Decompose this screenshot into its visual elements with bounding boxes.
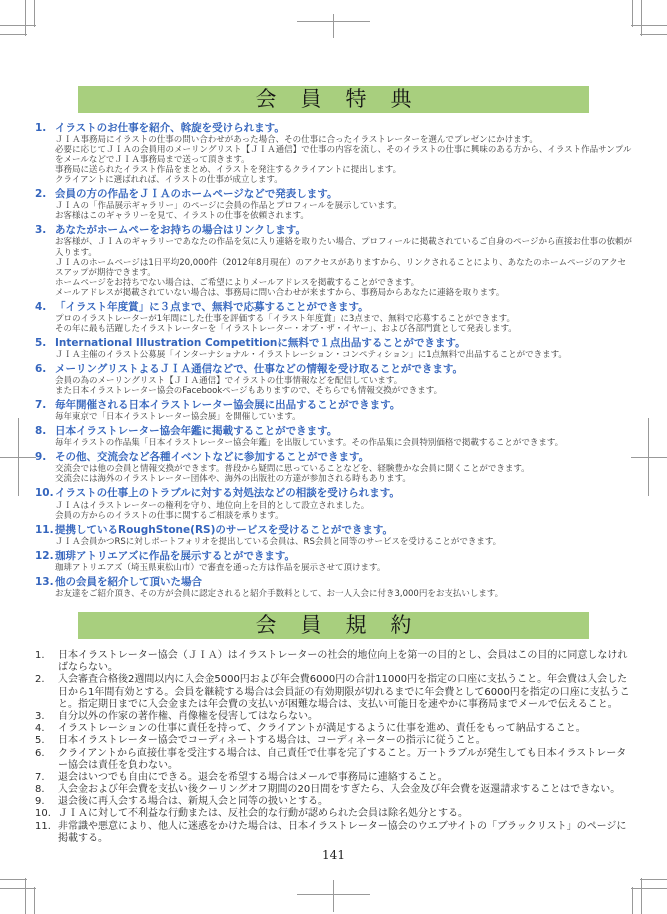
rules-section: 会員規約 1.日本イラストレーター協会（ＪＩＡ）はイラストレーターの社会的地位向… — [35, 612, 632, 845]
rule-number: 8. — [35, 784, 58, 796]
rule-text: 非常識や悪意により、他人に迷惑をかけた場合は、日本イラストレーター協会のウエブサ… — [58, 821, 632, 845]
benefit-heading: 8.日本イラストレーター協会年鑑に掲載することができます。 — [35, 425, 632, 438]
benefit-item: 3.あなたがホームペーをお持ちの場合はリンクします。お客様が、ＪＩＡのギャラリー… — [35, 224, 632, 297]
crop-mark-line — [333, 14, 334, 38]
benefit-body-line: お友達をご紹介頂き、その方が会員に認定されると紹介手数料として、お一人入会に付き… — [55, 589, 632, 599]
rule-item: 1.日本イラストレーター協会（ＪＩＡ）はイラストレーターの社会的地位向上を第一の… — [35, 650, 632, 674]
crop-mark-line — [0, 888, 36, 889]
rule-number: 2. — [35, 674, 58, 711]
rule-number: 9. — [35, 796, 58, 808]
rule-number: 7. — [35, 772, 58, 784]
rule-item: 3.自分以外の作家の著作権、肖像権を侵害してはならない。 — [35, 711, 632, 723]
rule-item: 8.入会金および年会費を支払い後クーリングオフ期間の20日間をすぎたら、入会金及… — [35, 784, 632, 796]
benefit-item: 13.他の会員を紹介して頂いた場合お友達をご紹介頂き、その方が会員に認定されると… — [35, 576, 632, 599]
rules-header-bar: 会員規約 — [78, 612, 589, 639]
rule-item: 11.非常識や悪意により、他人に迷惑をかけた場合は、日本イラストレーター協会のウ… — [35, 821, 632, 845]
benefit-heading-text: その他、交流会など各種イベントなどに参加することができます。 — [55, 451, 632, 464]
benefit-body-line: ホームページをお持ちでない場合は、ご希望によりメールアドレスを掲載することができ… — [55, 278, 632, 288]
benefit-body-line: ＪＩＡ事務局にイラストの仕事の問い合わせがあった場合、その仕事に合ったイラストレ… — [55, 135, 632, 145]
rules-list: 1.日本イラストレーター協会（ＪＩＡ）はイラストレーターの社会的地位向上を第一の… — [35, 650, 632, 845]
benefit-heading-text: メーリングリストよるＪＩＡ通信などで、仕事などの情報を受け取ることができます。 — [55, 363, 632, 376]
crop-mark-line — [631, 25, 667, 26]
benefit-body-line: ＪＩＡ会員かつRSに対しポートフォリオを提出している会員は、RS会員と同等のサー… — [55, 537, 632, 547]
crop-mark-line — [641, 0, 642, 36]
benefit-item: 2.会員の方の作品をＪＩＡのホームページなどで発表します。ＪＩＡの「作品展示ギャ… — [35, 188, 632, 221]
benefit-item: 8.日本イラストレーター協会年鑑に掲載することができます。毎年イラストの作品集「… — [35, 425, 632, 448]
benefits-title: 会員特典 — [232, 89, 436, 110]
benefit-body-line: ＪＩＡのホームページは1日平均20,000件（2012年8月現在）のアクセスがあ… — [55, 258, 632, 278]
benefit-heading: 9.その他、交流会など各種イベントなどに参加することができます。 — [35, 451, 632, 464]
content: 会員特典 1.イラストのお仕事を紹介、斡旋を受けられます。ＪＩＡ事務局にイラスト… — [0, 0, 667, 845]
benefit-heading-text: 会員の方の作品をＪＩＡのホームページなどで発表します。 — [55, 188, 632, 201]
benefit-item: 9.その他、交流会など各種イベントなどに参加することができます。交流会では他の会… — [35, 451, 632, 484]
benefit-number: 1. — [35, 122, 55, 135]
benefit-item: 12.珈琲アトリエアズに作品を展示するとができます。珈琲アトリエアズ（埼玉県東松… — [35, 550, 632, 573]
benefit-item: 4.「イラスト年度賞」に３点まで、無料で応募することができます。プロのイラストレ… — [35, 301, 632, 334]
rule-number: 5. — [35, 735, 58, 747]
benefit-item: 7.毎年開催される日本イラストレーター協会展に出品することができます。毎年東京で… — [35, 399, 632, 422]
rule-item: 4.イラストレーションの仕事に責任を持って、クライアントが満足するように仕事を進… — [35, 723, 632, 735]
benefit-item: 6.メーリングリストよるＪＩＡ通信などで、仕事などの情報を受け取ることができます… — [35, 363, 632, 396]
benefit-body-line: ＪＩＡ主催のイラスト公募展「インターナショナル・イラストレーション・コンペティシ… — [55, 350, 632, 360]
benefit-heading: 3.あなたがホームペーをお持ちの場合はリンクします。 — [35, 224, 632, 237]
benefit-body-line: お客様はこのギャラリーを見て、イラストの仕事を依頼されます。 — [55, 211, 632, 221]
benefit-body-line: 会員の為のメーリングリスト【ＪＩＡ通信】でイラストの仕事情報などを配信しています… — [55, 376, 632, 386]
benefit-heading: 11.提携しているRoughStone(RS)のサービスを受けることができます。 — [35, 524, 632, 537]
benefit-heading: 2.会員の方の作品をＪＩＡのホームページなどで発表します。 — [35, 188, 632, 201]
benefit-number: 8. — [35, 425, 55, 438]
crop-mark-line — [25, 0, 26, 36]
benefits-header-bar: 会員特典 — [78, 86, 589, 113]
benefit-body-line: 必要に応じてＪＩＡの会員用のメーリングリスト【ＪＩＡ通信】で仕事の内容を流し、そ… — [55, 145, 632, 165]
benefit-body-line: 会員の方からのイラストの仕事に関するご相談を承ります。 — [55, 511, 632, 521]
rule-number: 4. — [35, 723, 58, 735]
crop-mark-line — [333, 880, 334, 912]
benefit-body-line: メールアドレスが掲載されていない場合は、事務局に問い合わせが来ますから、事務局か… — [55, 288, 632, 298]
benefit-number: 7. — [35, 399, 55, 412]
benefit-heading-text: 日本イラストレーター協会年鑑に掲載することができます。 — [55, 425, 632, 438]
benefit-number: 3. — [35, 224, 55, 237]
benefits-section: 会員特典 1.イラストのお仕事を紹介、斡旋を受けられます。ＪＩＡ事務局にイラスト… — [35, 86, 632, 599]
rule-text: 退会後に再入会する場合は、新規入会と同等の扱いとする。 — [58, 796, 632, 808]
rule-text: イラストレーションの仕事に責任を持って、クライアントが満足するように仕事を進め、… — [58, 723, 632, 735]
benefit-item: 1.イラストのお仕事を紹介、斡旋を受けられます。ＪＩＡ事務局にイラストの仕事の問… — [35, 122, 632, 185]
crop-mark-line — [0, 25, 36, 26]
benefit-number: 5. — [35, 337, 55, 350]
benefit-body-line: 毎年東京で「日本イラストレーター協会展」を開催しています。 — [55, 412, 632, 422]
crop-mark-line — [631, 888, 667, 889]
rule-text: 日本イラストレーター協会でコーディネートする場合は、コーディネーターの指示に従う… — [58, 735, 632, 747]
benefit-heading-text: イラストのお仕事を紹介、斡旋を受けられます。 — [55, 122, 632, 135]
rule-text: 入会審査合格後2週間以内に入会金5000円および年会費6000円の合計11000… — [58, 674, 632, 711]
rule-text: 入会金および年会費を支払い後クーリングオフ期間の20日間をすぎたら、入会金及び年… — [58, 784, 632, 796]
benefit-heading: 5.International Illustration Competition… — [35, 337, 632, 350]
crop-mark-line — [0, 457, 36, 458]
benefit-heading: 13.他の会員を紹介して頂いた場合 — [35, 576, 632, 589]
benefit-body-line: お客様が、ＪＩＡのギャラリーであなたの作品を気に入り連絡を取りたい場合、プロフィ… — [55, 237, 632, 257]
rule-text: 自分以外の作家の著作権、肖像権を侵害してはならない。 — [58, 711, 632, 723]
crop-mark-line — [34, 0, 35, 27]
benefit-item: 5.International Illustration Competition… — [35, 337, 632, 360]
rule-item: 2.入会審査合格後2週間以内に入会金5000円および年会費6000円の合計110… — [35, 674, 632, 711]
page-number: 141 — [0, 848, 667, 862]
benefit-body-line: ＪＩＡはイラストレーターの権利を守り、地位向上を目的として設立されました。 — [55, 501, 632, 511]
rule-text: 退会はいつでも自由にできる。退会を希望する場合はメールで事務局に連絡すること。 — [58, 772, 632, 784]
rule-number: 11. — [35, 821, 58, 845]
crop-mark-line — [632, 887, 633, 914]
rules-title: 会員規約 — [232, 615, 436, 636]
rule-item: 5.日本イラストレーター協会でコーディネートする場合は、コーディネーターの指示に… — [35, 735, 632, 747]
benefit-heading: 7.毎年開催される日本イラストレーター協会展に出品することができます。 — [35, 399, 632, 412]
page: 会員特典 1.イラストのお仕事を紹介、斡旋を受けられます。ＪＩＡ事務局にイラスト… — [0, 0, 667, 914]
benefit-body-line: 事務局に送られたイラスト作品をまとめ、イラストを発注するクライアントに提出します… — [55, 165, 632, 175]
rule-number: 10. — [35, 808, 58, 820]
rule-number: 6. — [35, 748, 58, 772]
benefit-heading-text: 「イラスト年度賞」に３点まで、無料で応募することができます。 — [55, 301, 632, 314]
benefit-number: 4. — [35, 301, 55, 314]
benefit-body-line: 交流会では他の会員と情報交換ができます。普段から疑問に思っていることなどを、経験… — [55, 464, 632, 474]
benefit-number: 6. — [35, 363, 55, 376]
rule-text: ＪＩＡに対して不利益な行動または、反社会的な行動が認められた会員は除名処分とする… — [58, 808, 632, 820]
benefit-heading-text: 珈琲アトリエアズに作品を展示するとができます。 — [55, 550, 632, 563]
rule-number: 3. — [35, 711, 58, 723]
benefit-heading-text: 毎年開催される日本イラストレーター協会展に出品することができます。 — [55, 399, 632, 412]
crop-mark-line — [25, 878, 26, 914]
rule-text: 日本イラストレーター協会（ＪＩＡ）はイラストレーターの社会的地位向上を第一の目的… — [58, 650, 632, 674]
benefit-item: 10.イラストの仕事上のトラブルに対する対処法などの相談を受けられます。ＪＩＡは… — [35, 487, 632, 520]
benefit-number: 9. — [35, 451, 55, 464]
benefit-number: 12. — [35, 550, 55, 563]
benefit-body-line: クライアントに選ばれれば、イラストの仕事が成立します。 — [55, 175, 632, 185]
crop-mark-line — [632, 0, 633, 27]
benefit-heading-text: 提携しているRoughStone(RS)のサービスを受けることができます。 — [55, 524, 632, 537]
crop-mark-line — [34, 887, 35, 914]
benefit-body-line: 毎年イラストの作品集「日本イラストレーター協会年鑑」を出版しています。その作品集… — [55, 438, 632, 448]
benefit-heading: 4.「イラスト年度賞」に３点まで、無料で応募することができます。 — [35, 301, 632, 314]
benefit-body-line: 交流会には海外のイラストレーター団体や、海外の出版社の方達が参加される時もありま… — [55, 474, 632, 484]
benefit-body-line: プロのイラストレーターが1年間にした仕事を評価する「イラスト年度賞」に3点まで、… — [55, 314, 632, 324]
benefit-number: 11. — [35, 524, 55, 537]
crop-mark-line — [641, 878, 642, 914]
crop-mark-line — [0, 879, 27, 880]
benefit-heading-text: あなたがホームペーをお持ちの場合はリンクします。 — [55, 224, 632, 237]
rule-number: 1. — [35, 650, 58, 674]
crop-mark-line — [631, 457, 667, 458]
crop-mark-line — [640, 879, 667, 880]
benefit-number: 10. — [35, 487, 55, 500]
benefit-body-line: ＪＩＡの「作品展示ギャラリー」のページに会員の作品とプロフィールを展示しています… — [55, 201, 632, 211]
benefit-heading-text: イラストの仕事上のトラブルに対する対処法などの相談を受けられます。 — [55, 487, 632, 500]
crop-mark-line — [0, 34, 27, 35]
benefit-heading-text: 他の会員を紹介して頂いた場合 — [55, 576, 632, 589]
rule-text: クライアントから直接仕事を受注する場合は、自己責任で仕事を完了すること。万一トラ… — [58, 748, 632, 772]
benefit-heading: 1.イラストのお仕事を紹介、斡旋を受けられます。 — [35, 122, 632, 135]
benefit-item: 11.提携しているRoughStone(RS)のサービスを受けることができます。… — [35, 524, 632, 547]
rule-item: 9.退会後に再入会する場合は、新規入会と同等の扱いとする。 — [35, 796, 632, 808]
crop-mark-line — [640, 34, 667, 35]
benefits-list: 1.イラストのお仕事を紹介、斡旋を受けられます。ＪＩＡ事務局にイラストの仕事の問… — [35, 122, 632, 599]
benefit-heading: 12.珈琲アトリエアズに作品を展示するとができます。 — [35, 550, 632, 563]
benefit-heading: 6.メーリングリストよるＪＩＡ通信などで、仕事などの情報を受け取ることができます… — [35, 363, 632, 376]
benefit-body-line: その年に最も活躍したイラストレーターを「イラストレーター・オブ・ザ・イヤー」、お… — [55, 324, 632, 334]
benefit-number: 2. — [35, 188, 55, 201]
benefit-heading: 10.イラストの仕事上のトラブルに対する対処法などの相談を受けられます。 — [35, 487, 632, 500]
rule-item: 6.クライアントから直接仕事を受注する場合は、自己責任で仕事を完了すること。万一… — [35, 748, 632, 772]
rule-item: 10.ＪＩＡに対して不利益な行動または、反社会的な行動が認められた会員は除名処分… — [35, 808, 632, 820]
benefit-body-line: また日本イラストレーター協会のFacebookページもありますので、そちらでも情… — [55, 386, 632, 396]
benefit-heading-text: International Illustration Competitionに無… — [55, 337, 632, 350]
benefit-number: 13. — [35, 576, 55, 589]
rule-item: 7.退会はいつでも自由にできる。退会を希望する場合はメールで事務局に連絡すること… — [35, 772, 632, 784]
benefit-body-line: 珈琲アトリエアズ（埼玉県東松山市）で審査を通った方は作品を展示させて頂けます。 — [55, 563, 632, 573]
